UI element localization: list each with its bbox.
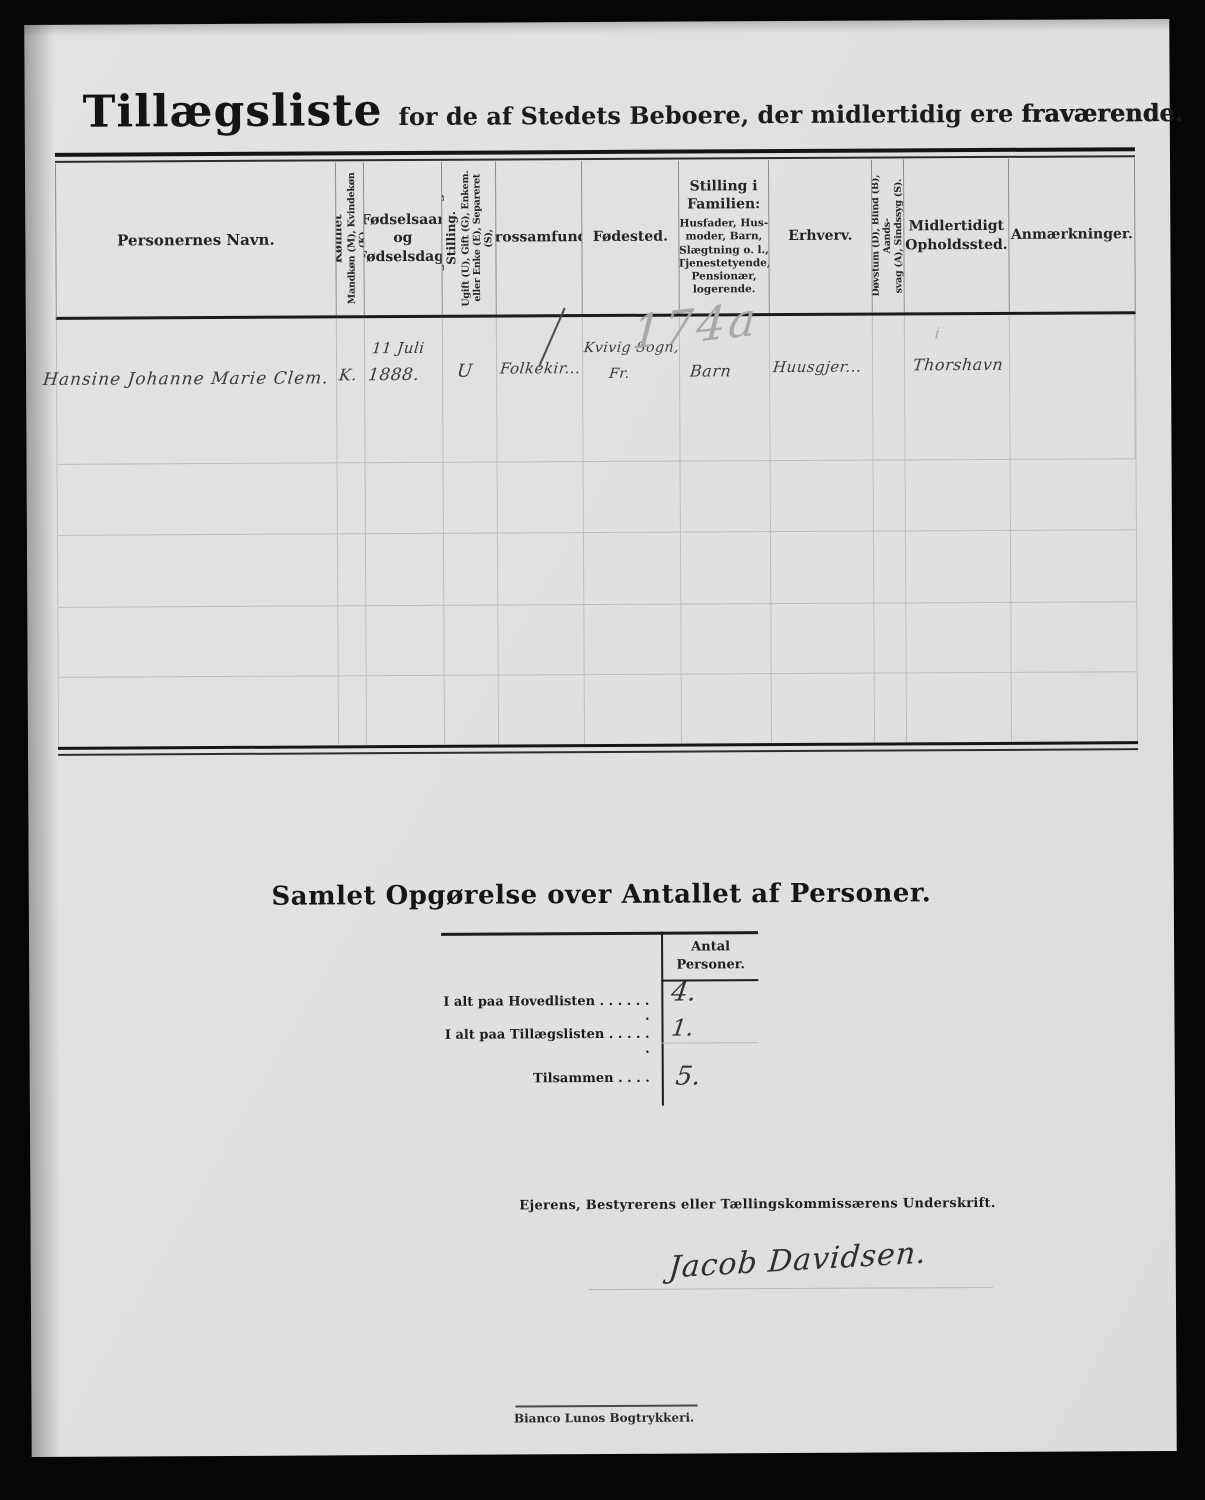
cell-faith bbox=[497, 317, 584, 461]
column-header-label: Midlertidigt Opholdssted. bbox=[905, 217, 1008, 254]
column-header-trossamfund: Trossamfund. bbox=[496, 161, 583, 314]
column-header-label: Døvstum (D), Blind (B), Aands- svag (A),… bbox=[872, 162, 905, 309]
column-header-sublabel: Husfader, Hus- moder, Barn, Slægtning o.… bbox=[679, 217, 770, 296]
table-row: Hansine Johanne Marie Clem. K. 11 Juli 1… bbox=[57, 314, 1136, 465]
table-row-empty bbox=[58, 459, 1136, 536]
column-header-foedested: Fødested. bbox=[582, 161, 680, 315]
summary-top-rule bbox=[441, 931, 758, 936]
table-row-empty bbox=[58, 530, 1136, 608]
column-header-sublabel: Ugift (U), Gift (G), Enkem. eller Enke (… bbox=[460, 164, 497, 311]
handwritten-name: Hansine Johanne Marie Clem. bbox=[42, 368, 330, 390]
summary-table: Antal Personer. I alt paa Hovedlisten . … bbox=[441, 931, 759, 1133]
handwritten-count-tillaegslisten: 1. bbox=[670, 1016, 695, 1042]
column-header-label: Trossamfund. bbox=[496, 228, 583, 247]
column-header-foedselsaar: Fødselsaar og Fødselsdag. bbox=[364, 162, 443, 315]
handwritten-marital-status: U bbox=[456, 361, 474, 382]
cell-residence bbox=[905, 315, 1011, 460]
census-form-page: Tillægsliste for de af Stedets Beboere, … bbox=[24, 19, 1176, 1457]
handwritten-signature: Jacob Davidsen. bbox=[668, 1235, 929, 1285]
form-title-subtitle: for de af Stedets Beboere, der midlertid… bbox=[399, 98, 1183, 131]
signature-baseline bbox=[589, 1287, 993, 1290]
signature-label: Ejerens, Bestyrerens eller Tællingskommi… bbox=[457, 1196, 1057, 1214]
column-header-aegteskabelig-stilling: Ægteskabelig Stilling. Ugift (U), Gift (… bbox=[442, 162, 497, 315]
table-row-empty bbox=[58, 602, 1136, 678]
form-title-main: Tillægsliste bbox=[83, 85, 383, 138]
summary-subtotal-rule bbox=[662, 1042, 759, 1044]
handwritten-occupation: Huusgjer... bbox=[772, 358, 862, 376]
column-header-anmaerkninger: Anmærkninger. bbox=[1009, 158, 1135, 312]
column-header-personernes-navn: Personernes Navn. bbox=[56, 162, 337, 316]
table-bottom-rule-thin bbox=[58, 748, 1138, 756]
handwritten-temporary-residence: Thorshavn bbox=[912, 355, 1004, 374]
cell-disability bbox=[873, 315, 906, 459]
column-header-label: Personernes Navn. bbox=[117, 230, 275, 249]
handwritten-count-total: 5. bbox=[674, 1061, 703, 1091]
cell-remarks bbox=[1010, 314, 1136, 459]
table-row-empty bbox=[59, 672, 1137, 747]
printer-imprint: Bianco Lunos Bogtrykkeri. bbox=[32, 1408, 1177, 1428]
column-header-label: Fødselsaar og Fødselsdag. bbox=[364, 211, 443, 266]
form-title-subtitle-text: for de af Stedets Beboere, der midlertid… bbox=[399, 99, 1014, 131]
cell-marital bbox=[443, 318, 498, 462]
column-header-midlertidigt-opholdssted: Midlertidigt Opholdssted. bbox=[904, 159, 1010, 313]
summary-row-total-label: Tilsammen . . . . bbox=[442, 1071, 656, 1087]
column-header-label: Ægteskabelig Stilling. bbox=[442, 165, 460, 312]
scan-background: { "form": { "title": { "main": "Tillægsl… bbox=[0, 0, 1205, 1500]
summary-row-tillaegslisten-label: I alt paa Tillægslisten . . . . . . bbox=[442, 1027, 656, 1058]
column-header-label: Fødested. bbox=[593, 228, 668, 247]
cell-sex bbox=[337, 318, 366, 462]
table-body: Hansine Johanne Marie Clem. K. 11 Juli 1… bbox=[56, 314, 1138, 747]
column-header-koennet: Kønnet Mandkøn (M), Kvindekøn (K). bbox=[336, 162, 365, 315]
cell-occupation bbox=[770, 316, 874, 461]
table-header-row: Personernes Navn. Kønnet Mandkøn (M), Kv… bbox=[55, 158, 1136, 320]
summary-column-header: Antal Personer. bbox=[663, 938, 758, 974]
column-header-sublabel: Mandkøn (M), Kvindekøn (K). bbox=[346, 165, 365, 312]
handwritten-birthplace-line2: Fr. bbox=[608, 366, 630, 382]
summary-row-hovedlisten-label: I alt paa Hovedlisten . . . . . . . bbox=[441, 994, 655, 1025]
handwritten-family-position: Barn bbox=[689, 361, 732, 380]
absentee-table: Personernes Navn. Kønnet Mandkøn (M), Kv… bbox=[55, 147, 1138, 756]
column-header-label: Kønnet bbox=[336, 214, 345, 263]
column-header-label: Anmærkninger. bbox=[1011, 226, 1133, 245]
form-title-subtitle-emphasis: fraværende. bbox=[1021, 98, 1183, 128]
handwritten-birth-day: 11 Juli bbox=[371, 339, 425, 357]
column-header-label: Stilling i Familien: bbox=[687, 177, 760, 214]
handwritten-sex: K. bbox=[338, 365, 358, 384]
handwritten-count-hovedlisten: 4. bbox=[669, 977, 698, 1007]
column-header-erhverv: Erhverv. bbox=[769, 160, 873, 314]
handwritten-birth-year: 1888. bbox=[367, 365, 420, 385]
form-title: Tillægsliste for de af Stedets Beboere, … bbox=[83, 81, 1123, 137]
printer-rule bbox=[515, 1405, 697, 1408]
cell-name bbox=[57, 318, 338, 463]
summary-heading: Samlet Opgørelse over Antallet af Person… bbox=[29, 877, 1174, 913]
column-header-label: Erhverv. bbox=[788, 227, 852, 246]
column-header-doevstum: Døvstum (D), Blind (B), Aands- svag (A),… bbox=[872, 159, 905, 312]
